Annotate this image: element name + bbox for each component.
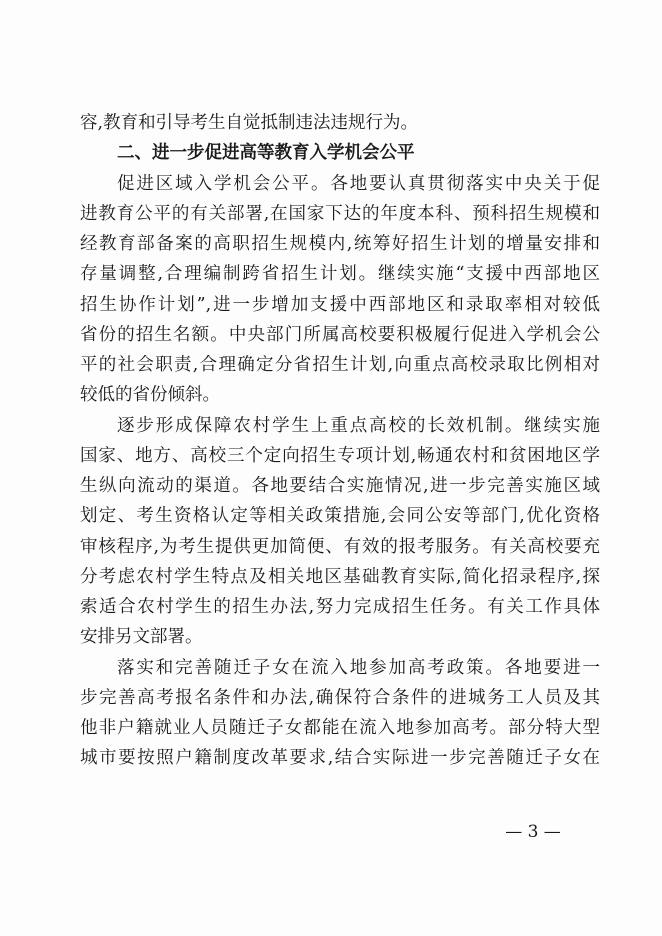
text-line: 容,教育和引导考生自觉抵制违法违规行为。 — [80, 108, 600, 138]
text-line: 他非户籍就业人员随迁子女都能在流入地参加高考。部分特大型 — [80, 713, 600, 743]
text-line: 划定、考生资格认定等相关政策措施,会同公安等部门,优化资格 — [80, 501, 600, 531]
page-number: — 3 — — [498, 822, 568, 842]
text-line: 索适合农村学生的招生办法,努力完成招生任务。有关工作具体 — [80, 592, 600, 622]
text-line: 步完善高考报名条件和办法,确保符合条件的进城务工人员及其 — [80, 683, 600, 713]
text-line: 生纵向流动的渠道。各地要结合实施情况,进一步完善实施区域 — [80, 471, 600, 501]
text-line: 分考虑农村学生特点及相关地区基础教育实际,简化招录程序,探 — [80, 562, 600, 592]
text-line: 较低的省份倾斜。 — [80, 380, 600, 410]
text-line: 经教育部备案的高职招生规模内,统筹好招生计划的增量安排和 — [80, 229, 600, 259]
body-text: 容,教育和引导考生自觉抵制违法违规行为。 二、进一步促进高等教育入学机会公平 促… — [80, 108, 600, 774]
paragraph-start-line: 逐步形成保障农村学生上重点高校的长效机制。继续实施 — [80, 411, 600, 441]
document-page: 容,教育和引导考生自觉抵制违法违规行为。 二、进一步促进高等教育入学机会公平 促… — [0, 0, 662, 936]
paragraph-start-line: 落实和完善随迁子女在流入地参加高考政策。各地要进一 — [80, 653, 600, 683]
text-line: 招生协作计划”,进一步增加支援中西部地区和录取率相对较低 — [80, 290, 600, 320]
text-line: 省份的招生名额。中央部门所属高校要积极履行促进入学机会公 — [80, 320, 600, 350]
text-line: 安排另文部署。 — [80, 622, 600, 652]
text-line: 国家、地方、高校三个定向招生专项计划,畅通农村和贫困地区学 — [80, 441, 600, 471]
section-heading: 二、进一步促进高等教育入学机会公平 — [80, 138, 600, 168]
text-line: 城市要按照户籍制度改革要求,结合实际进一步完善随迁子女在 — [80, 743, 600, 773]
paragraph-start-line: 促进区域入学机会公平。各地要认真贯彻落实中央关于促 — [80, 169, 600, 199]
text-line: 审核程序,为考生提供更加简便、有效的报考服务。有关高校要充 — [80, 532, 600, 562]
text-line: 平的社会职责,合理确定分省招生计划,向重点高校录取比例相对 — [80, 350, 600, 380]
text-line: 进教育公平的有关部署,在国家下达的年度本科、预科招生规模和 — [80, 199, 600, 229]
text-line: 存量调整,合理编制跨省招生计划。继续实施“支援中西部地区 — [80, 259, 600, 289]
